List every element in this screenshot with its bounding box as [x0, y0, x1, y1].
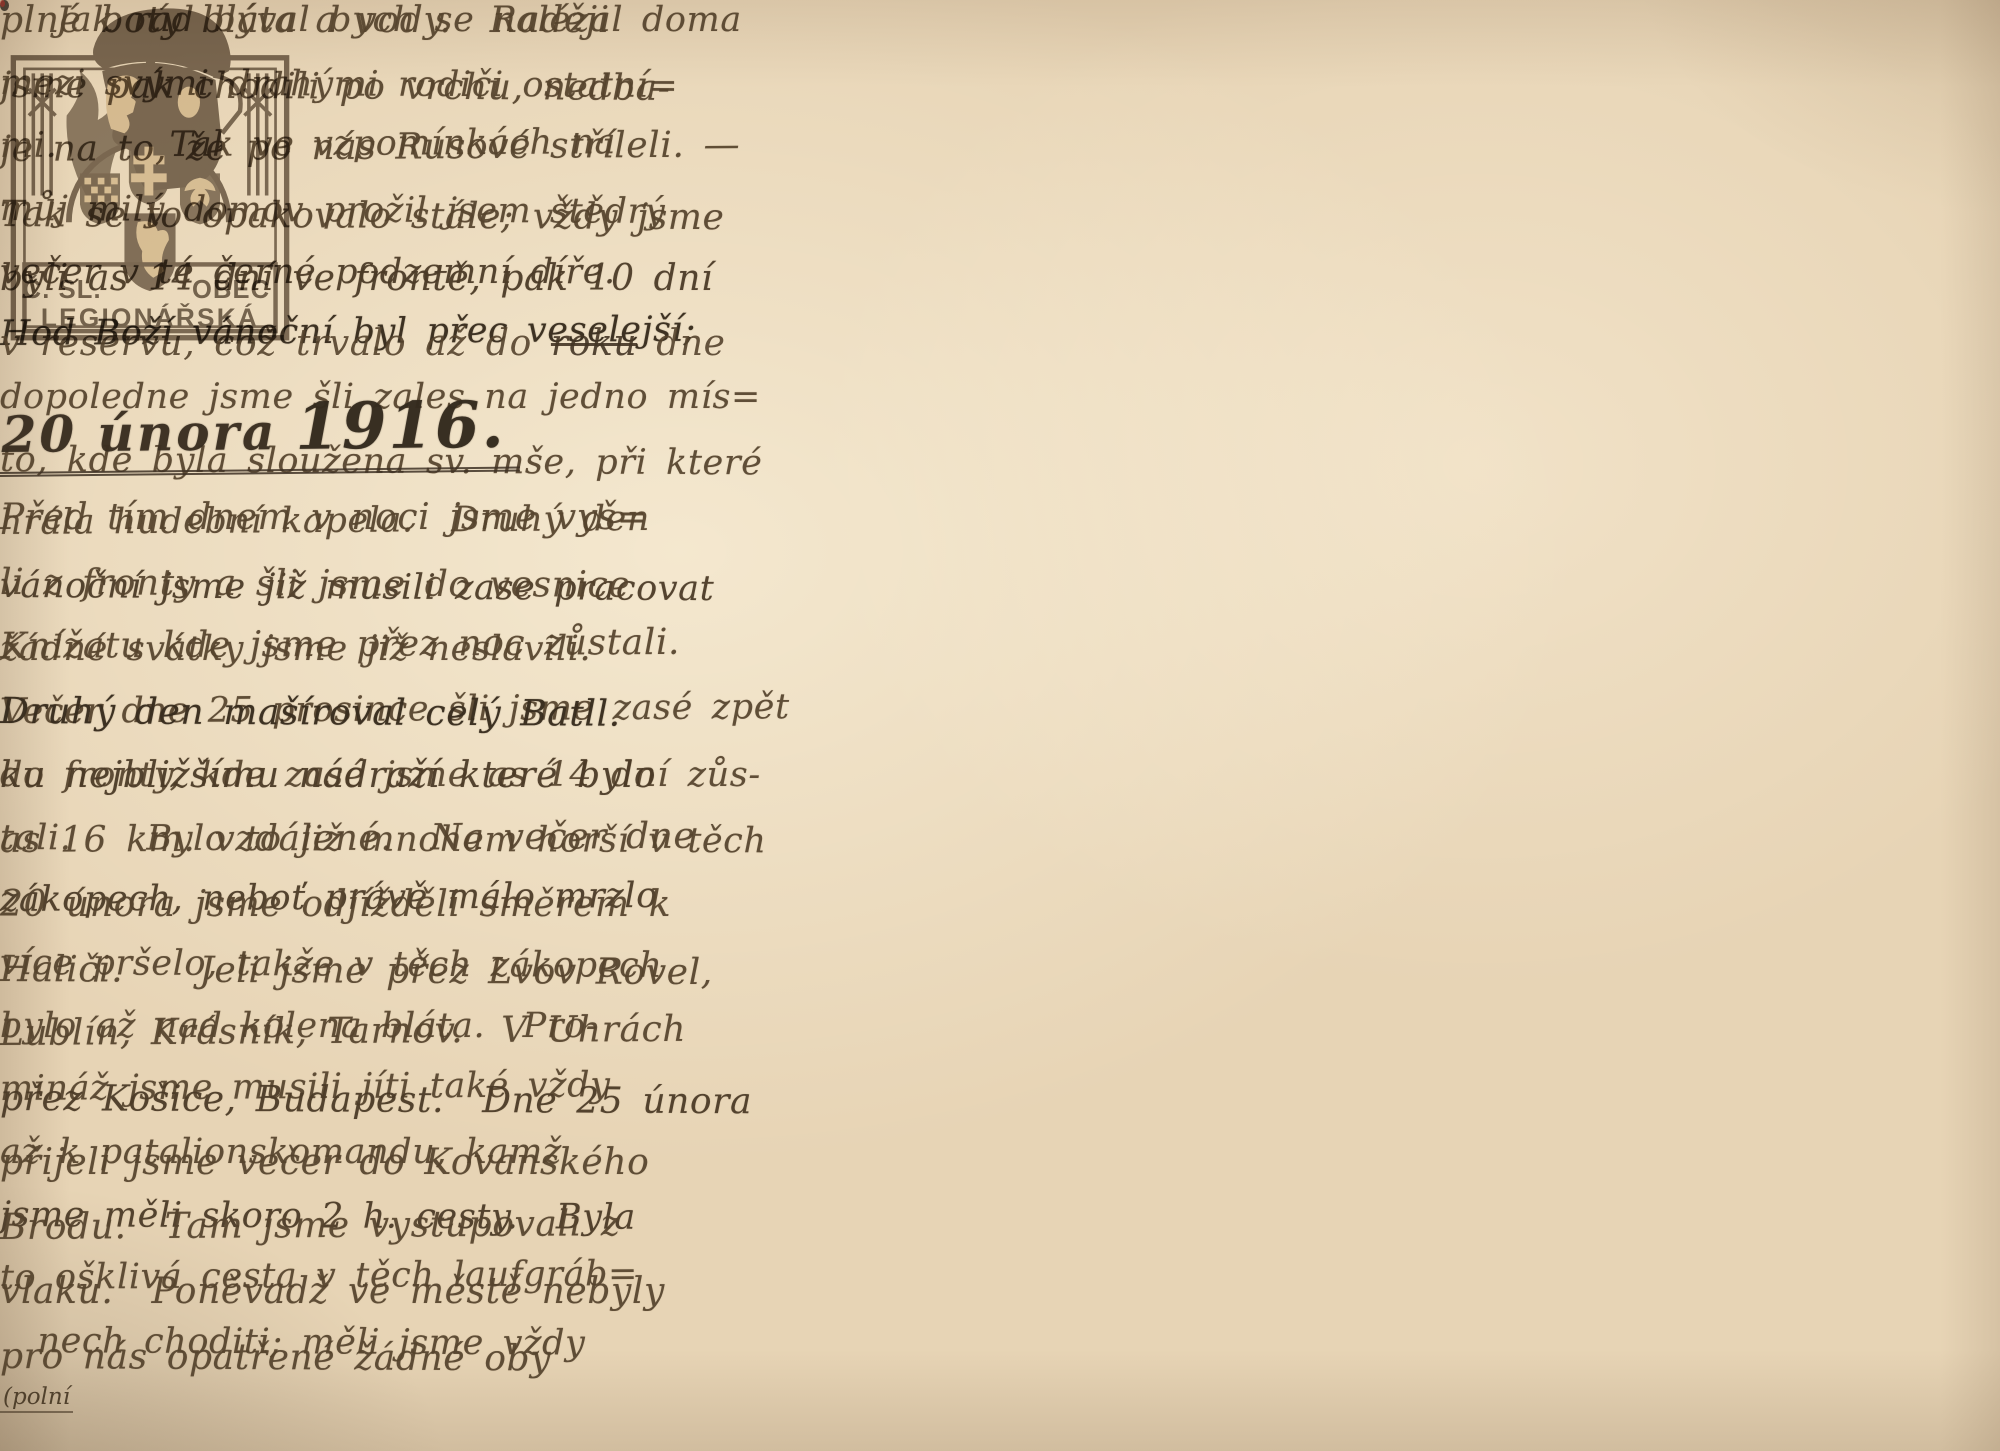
strike-post-text: dne: [637, 323, 725, 364]
handwriting-line: přijeli jsme večer do Kovanského: [0, 1142, 752, 1207]
struck-word: roku: [551, 323, 637, 364]
stamp-text-csl: Č. SL.: [23, 274, 102, 304]
handwriting-line: pro nás opatřené žádné oby: [0, 1336, 752, 1404]
legion-stamp: Č. SL. OBEC LEGIONÁŘSKÁ: [0, 0, 300, 351]
date-heading: 20 února1916.: [0, 387, 752, 497]
handwriting-line: ku nejbližšímu nádraží které bylo: [0, 755, 752, 820]
handwriting-line: vlaku. Poněvadž ve městě nebyly: [0, 1271, 752, 1336]
right-page-lines-bottom: Před tím dnem v noci jsme vyš=li z front…: [0, 497, 752, 1400]
handwriting-line: Brodu. Tam jsme vystupovali z: [0, 1202, 752, 1271]
heading-date-text: 20 února: [1, 402, 277, 464]
handwriting-line: as 16 km. vzdálené. Na večer dne: [0, 815, 752, 884]
date-heading-underlined: 20 února1916.: [0, 388, 520, 477]
handwriting-line: Druhý den mašíroval celý Batll.: [0, 691, 752, 759]
stamp-text-legionarska: LEGIONÁŘSKÁ: [41, 303, 259, 333]
handwriting-line: Lublín, Krásník, Tarnov. V Uhrách: [0, 1008, 752, 1077]
handwriting-line: Haliči. Jeli jsme přez Lvov Rovel,: [0, 949, 752, 1017]
handwriting-line: Knížatu kde jsme přez noc zůstali.: [0, 621, 752, 690]
handwriting-line: li z fronty a šli jsme do vesnice: [0, 562, 752, 630]
handwriting-line: Před tím dnem v noci jsme vyš=: [0, 497, 752, 562]
handwriting-line: 20 února jsme odjížděli směrem k: [0, 884, 752, 949]
heading-year-text: 1916.: [295, 388, 506, 465]
handwriting-line: přez Košice, Budapest. Dne 25 února: [0, 1078, 752, 1146]
legionnaire-soldier-emblem-icon: Č. SL. OBEC LEGIONÁŘSKÁ: [0, 0, 300, 347]
stamp-text-obec: OBEC: [192, 276, 270, 304]
diary-scan: Jak rád býval bych se nalézal domamezi s…: [0, 0, 2000, 1451]
